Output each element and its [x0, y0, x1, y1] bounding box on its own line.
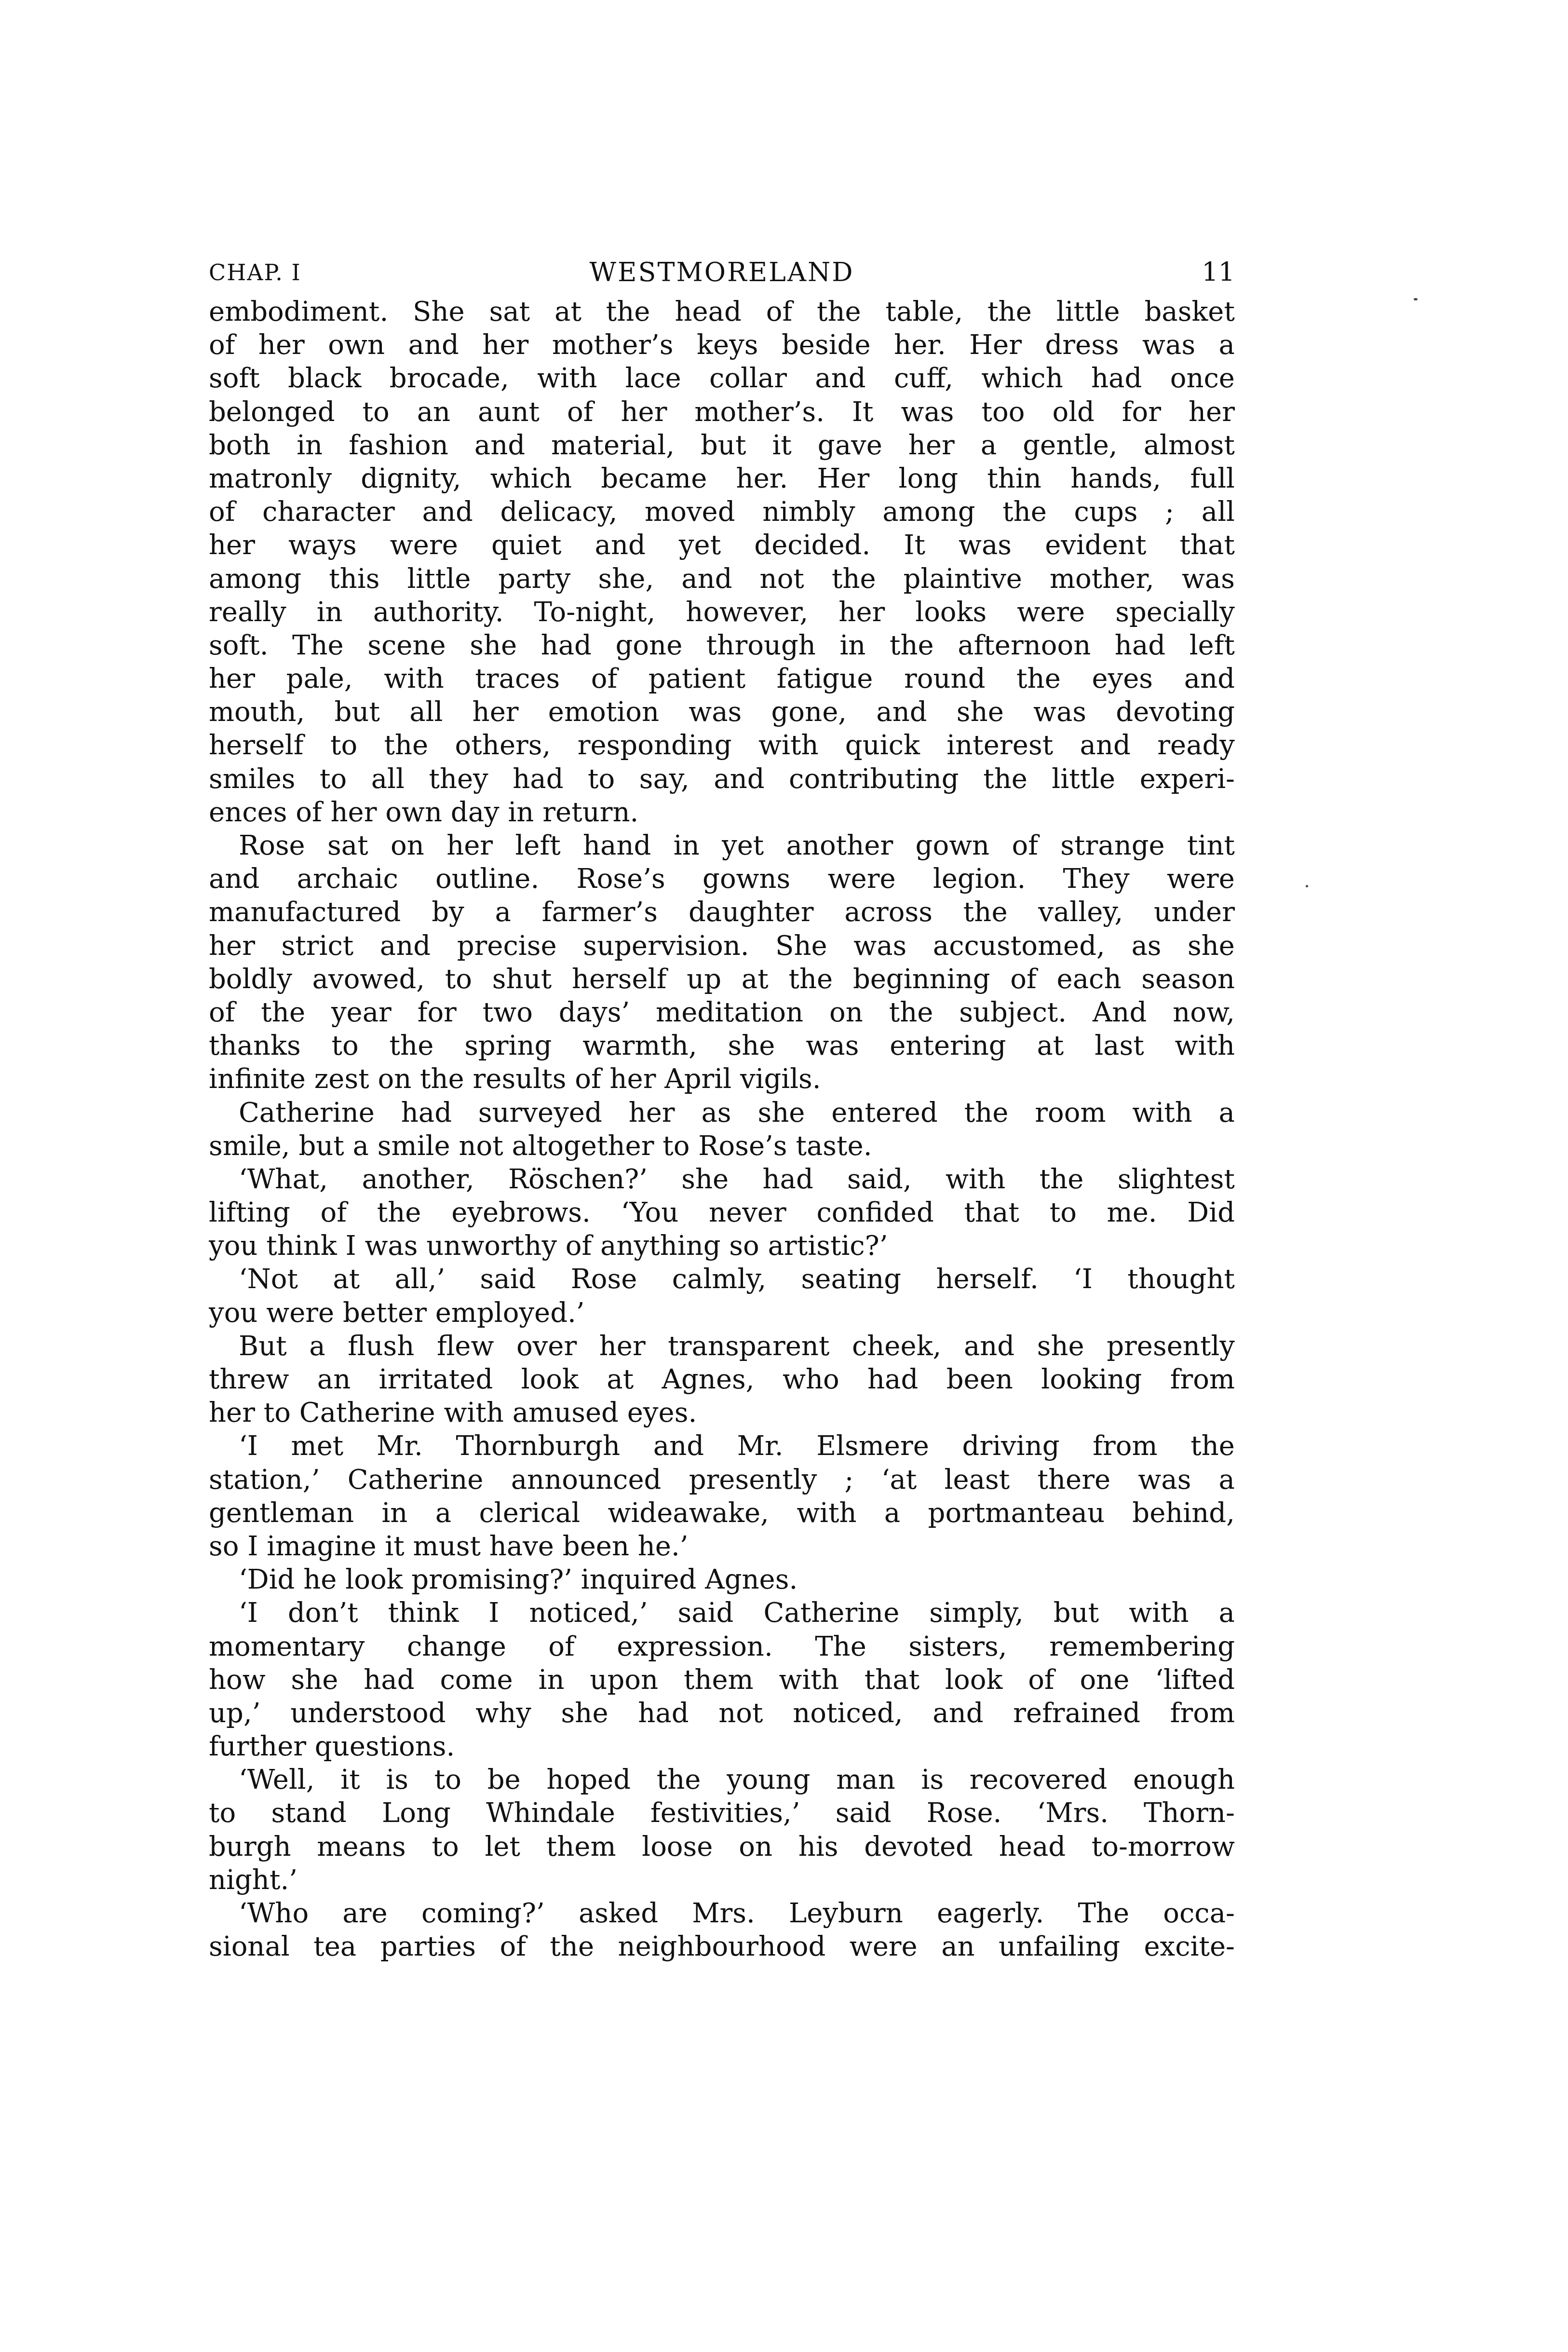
text-line: lifting of the eyebrows. ‘You never conf… — [209, 1196, 1235, 1229]
stray-mark — [1306, 885, 1308, 887]
text-line: her to Catherine with amused eyes. — [209, 1396, 1235, 1429]
text-line: her ways were quiet and yet decided. It … — [209, 529, 1235, 562]
text-line: and archaic outline. Rose’s gowns were l… — [209, 862, 1235, 896]
text-line: ‘I don’t think I noticed,’ said Catherin… — [209, 1596, 1235, 1630]
text-line: her pale, with traces of patient fatigue… — [209, 662, 1235, 695]
text-line: ences of her own day in return. — [209, 796, 1235, 829]
text-line: you were better employed.’ — [209, 1296, 1235, 1330]
text-line: further questions. — [209, 1730, 1235, 1763]
text-line: how she had come in upon them with that … — [209, 1663, 1235, 1697]
running-header: CHAP. I WESTMORELAND 11 — [209, 256, 1235, 289]
text-line: ‘What, another, Röschen?’ she had said, … — [209, 1163, 1235, 1196]
text-line: threw an irritated look at Agnes, who ha… — [209, 1363, 1235, 1396]
stray-mark — [1414, 298, 1418, 300]
text-line: among this little party she, and not the… — [209, 562, 1235, 596]
text-line: momentary change of expression. The sist… — [209, 1630, 1235, 1663]
text-line: of her own and her mother’s keys beside … — [209, 328, 1235, 362]
text-line: night.’ — [209, 1863, 1235, 1897]
text-line: manufactured by a farmer’s daughter acro… — [209, 896, 1235, 929]
text-line: smiles to all they had to say, and contr… — [209, 762, 1235, 796]
text-line: embodiment. She sat at the head of the t… — [209, 295, 1235, 328]
text-line: burgh means to let them loose on his dev… — [209, 1830, 1235, 1863]
text-line: boldly avowed, to shut herself up at the… — [209, 963, 1235, 996]
text-line: matronly dignity, which became her. Her … — [209, 462, 1235, 495]
text-line: thanks to the spring warmth, she was ent… — [209, 1029, 1235, 1062]
text-line: gentleman in a clerical wideawake, with … — [209, 1496, 1235, 1530]
text-line: ‘Who are coming?’ asked Mrs. Leyburn eag… — [209, 1897, 1235, 1930]
body-text: embodiment. She sat at the head of the t… — [209, 295, 1235, 1963]
text-line: ‘Well, it is to be hoped the young man i… — [209, 1763, 1235, 1796]
book-page: CHAP. I WESTMORELAND 11 embodiment. She … — [209, 256, 1235, 1963]
text-line: both in fashion and material, but it gav… — [209, 429, 1235, 462]
text-line: station,’ Catherine announced presently … — [209, 1463, 1235, 1496]
text-line: soft. The scene she had gone through in … — [209, 629, 1235, 662]
text-line: ‘Did he look promising?’ inquired Agnes. — [209, 1563, 1235, 1596]
text-line: sional tea parties of the neighbourhood … — [209, 1930, 1235, 1963]
text-line: of character and delicacy, moved nimbly … — [209, 495, 1235, 529]
text-line: really in authority. To-night, however, … — [209, 596, 1235, 629]
text-line: to stand Long Whindale festivities,’ sai… — [209, 1796, 1235, 1830]
text-line: ‘Not at all,’ said Rose calmly, seating … — [209, 1263, 1235, 1296]
page-number: 11 — [1202, 256, 1235, 289]
text-line: infinite zest on the results of her Apri… — [209, 1062, 1235, 1096]
text-line: ‘I met Mr. Thornburgh and Mr. Elsmere dr… — [209, 1429, 1235, 1463]
text-line: her strict and precise supervision. She … — [209, 929, 1235, 963]
text-line: you think I was unworthy of anything so … — [209, 1229, 1235, 1263]
text-line: Rose sat on her left hand in yet another… — [209, 829, 1235, 862]
running-title: WESTMORELAND — [209, 256, 1235, 289]
text-line: smile, but a smile not altogether to Ros… — [209, 1129, 1235, 1163]
text-line: so I imagine it must have been he.’ — [209, 1530, 1235, 1563]
text-line: of the year for two days’ meditation on … — [209, 996, 1235, 1029]
text-line: belonged to an aunt of her mother’s. It … — [209, 395, 1235, 429]
text-line: soft black brocade, with lace collar and… — [209, 362, 1235, 395]
text-line: up,’ understood why she had not noticed,… — [209, 1697, 1235, 1730]
text-line: But a flush flew over her transparent ch… — [209, 1330, 1235, 1363]
text-line: herself to the others, responding with q… — [209, 729, 1235, 762]
text-line: mouth, but all her emotion was gone, and… — [209, 695, 1235, 729]
text-line: Catherine had surveyed her as she entere… — [209, 1096, 1235, 1129]
